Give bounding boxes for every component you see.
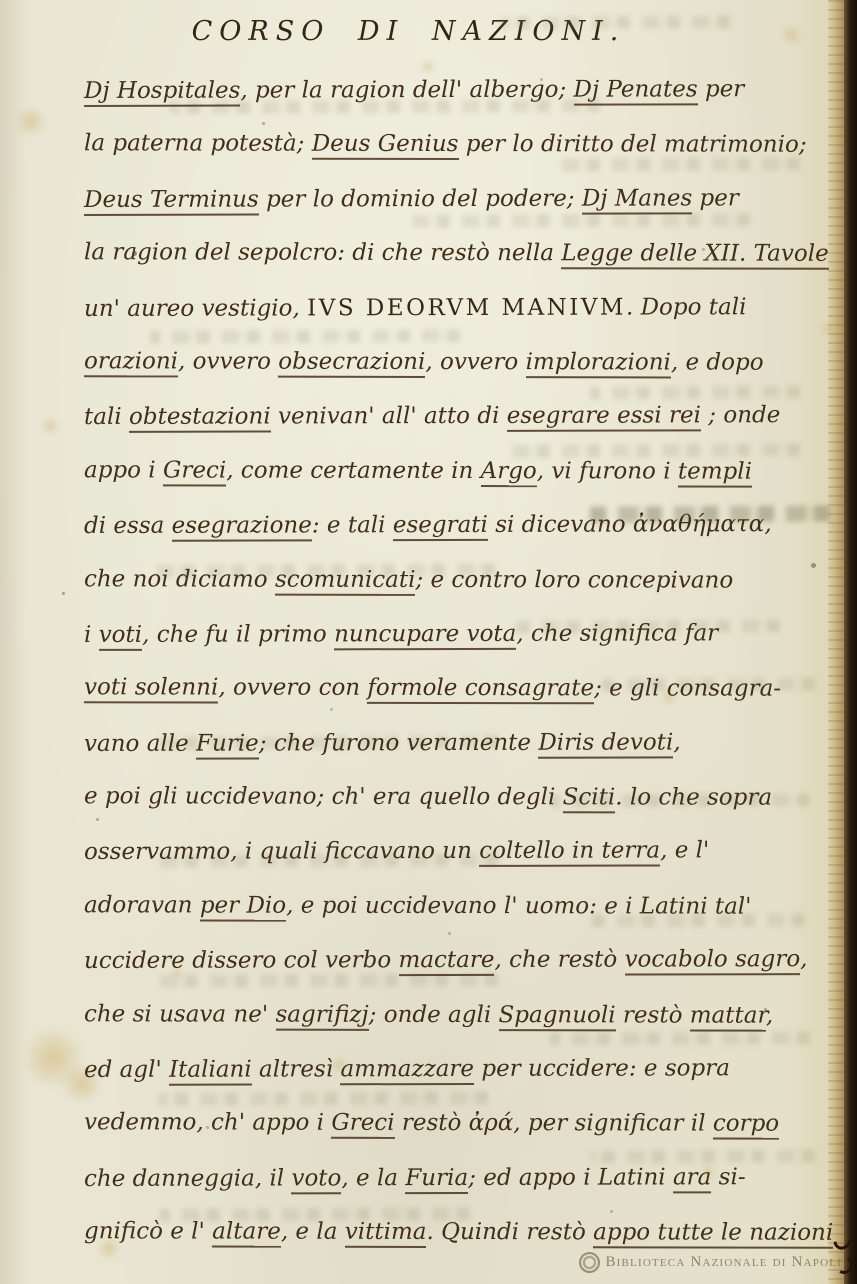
underlined-phrase: scomunicati [275, 566, 416, 595]
manuscript-line-2: la paterna potestà; Deus Genius per lo d… [84, 117, 823, 173]
manuscript-text-segment: ; onde [701, 402, 780, 428]
manuscript-line-13: vano alle Furie; che furono veramente Di… [84, 715, 823, 771]
underlined-phrase: per Dio [200, 892, 286, 921]
manuscript-text-segment: ; e gli consagra- [594, 676, 781, 702]
underlined-phrase: templi [678, 458, 752, 487]
underlined-phrase: vittima [345, 1219, 427, 1248]
manuscript-line-1: Dj Hospitales, per la ragion dell' alber… [84, 62, 823, 118]
manuscript-text-segment: di essa [84, 513, 172, 539]
underlined-phrase: appo tutte le nazioni [593, 1219, 833, 1249]
manuscript-text-segment: che danneggia, il [84, 1165, 292, 1192]
manuscript-text-segment: . Quindi restò [426, 1219, 593, 1245]
manuscript-text-segment: , che significa far [516, 620, 718, 647]
manuscript-text-segment: per lo diritto del matrimonio; [458, 131, 806, 158]
manuscript-line-14: e poi gli uccidevano; ch' era quello deg… [84, 769, 823, 825]
manuscript-text-segment: si dicevano ἀναθήματα, [488, 511, 772, 538]
manuscript-text-segment: vano alle [84, 730, 196, 756]
manuscript-text-segment: , [766, 1002, 773, 1028]
library-watermark-label: Biblioteca Nazionale di Napoli [605, 1254, 842, 1271]
underlined-phrase: coltello in terra [479, 838, 660, 867]
manuscript-text-segment: . lo che sopra [615, 784, 772, 810]
manuscript-line-5: un' aureo vestigio, IVS DEORVM MANIVM. D… [84, 280, 823, 336]
manuscript-text-segment: ; che furono veramente [259, 729, 539, 756]
manuscript-text-segment: restò [616, 1002, 690, 1028]
manuscript-line-9: di essa esegrazione: e tali esegrati si … [84, 497, 823, 553]
manuscript-text-segment: appo i [84, 457, 163, 483]
manuscript-text-segment: uccidere dissero col verbo [84, 947, 399, 974]
ink-specks [0, 0, 3, 3]
underlined-phrase: nuncupare vota [334, 621, 516, 650]
underlined-phrase: obsecrazioni [278, 349, 425, 378]
manuscript-line-12: voti solenni, ovvero con formole consagr… [84, 661, 823, 717]
underlined-phrase: Furie [196, 730, 259, 759]
manuscript-text-segment: che si usava ne' [84, 1001, 276, 1027]
manuscript-text-segment: , come certamente in [226, 457, 480, 484]
manuscript-text-segment: , e la [281, 1219, 345, 1245]
manuscript-text-segment: gnificò e l' [84, 1218, 212, 1244]
manuscript-text-segment: , ovvero [178, 348, 278, 374]
manuscript-line-4: la ragion del sepolcro: di che restò nel… [84, 225, 823, 281]
underlined-phrase: voti [99, 622, 143, 651]
latin-capitals-phrase: IVS DEORVM MANIVM [307, 294, 626, 321]
underlined-phrase: Deus Terminus [84, 186, 259, 215]
underlined-phrase: Dj Manes [582, 185, 692, 214]
underlined-phrase: ammazzare [340, 1056, 474, 1085]
manuscript-line-21: che danneggia, il voto, e la Furia; ed a… [84, 1150, 823, 1206]
underlined-phrase: Italiani [169, 1057, 252, 1086]
manuscript-text-segment: , [800, 946, 807, 972]
library-watermark: Biblioteca Nazionale di Napoli [579, 1252, 842, 1273]
manuscript-text-segment: che noi diciamo [84, 566, 275, 592]
manuscript-text-segment: venivan' all' atto di [271, 403, 507, 430]
underlined-phrase: corpo [713, 1111, 779, 1140]
manuscript-text-segment: vedemmo, ch' appo i [84, 1110, 331, 1137]
manuscript-line-11: i voti, che fu il primo nuncupare vota, … [84, 606, 823, 662]
manuscript-text-segment: ; ed appo i Latini [468, 1164, 673, 1191]
manuscript-line-7: tali obtestazioni venivan' all' atto di … [84, 388, 823, 444]
underlined-phrase: formole consagrate [367, 675, 594, 704]
manuscript-text-segment: un' aureo vestigio, [84, 295, 307, 322]
underlined-phrase: voto [291, 1165, 341, 1194]
manuscript-text-block: Dj Hospitales, per la ragion dell' alber… [84, 63, 823, 1260]
manuscript-text-segment: , e poi uccidevano l' uomo: e i Latini t… [286, 893, 751, 920]
manuscript-text-segment: ; onde agli [369, 1001, 499, 1027]
underlined-phrase: sagrifizj [275, 1001, 368, 1030]
underlined-phrase: Greci [163, 457, 226, 486]
manuscript-text-segment: , e dopo [671, 349, 764, 375]
manuscript-line-19: ed agl' Italiani altresì ammazzare per u… [84, 1041, 823, 1097]
manuscript-text-segment: altresì [252, 1056, 341, 1082]
manuscript-text-segment: i [84, 622, 99, 648]
underlined-phrase: obtestazioni [129, 404, 271, 433]
manuscript-text-segment: , ovvero [425, 349, 525, 375]
book-gutter-shadow [844, 0, 857, 1284]
underlined-phrase: ara [673, 1164, 711, 1193]
manuscript-text-segment: : e tali [312, 512, 393, 538]
underlined-phrase: mattar [690, 1002, 766, 1031]
manuscript-line-15: osservammo, i quali ficcavano un coltell… [84, 824, 823, 880]
verso-bleed-through [500, 15, 730, 29]
underlined-phrase: esegrare essi rei [507, 403, 701, 433]
manuscript-text-segment: per [698, 76, 745, 102]
manuscript-text-segment: restò ἀρά, per significar il [395, 1110, 713, 1137]
manuscript-line-17: uccidere dissero col verbo mactare, che … [84, 932, 823, 988]
underlined-phrase: vocabolo sagro [625, 946, 801, 975]
manuscript-line-8: appo i Greci, come certamente in Argo, v… [84, 443, 823, 499]
manuscript-text-segment: , e la [341, 1165, 405, 1191]
underlined-phrase: Sciti [563, 784, 616, 813]
manuscript-text-segment: , che restò [494, 947, 624, 973]
underlined-phrase: Dj Penates [573, 76, 697, 105]
manuscript-line-16: adoravan per Dio, e poi uccidevano l' uo… [84, 878, 823, 934]
manuscript-line-6: orazioni, ovvero obsecrazioni, ovvero im… [84, 334, 823, 390]
underlined-phrase: Argo [481, 458, 537, 487]
underlined-phrase: esegrazione [172, 512, 312, 541]
foxing-stain [780, 26, 802, 44]
manuscript-text-segment: , vi furono i [537, 458, 678, 484]
underlined-phrase: voti solenni [84, 675, 218, 704]
underlined-phrase: Spagnuoli [498, 1002, 615, 1031]
underlined-phrase: esegrati [393, 512, 488, 541]
manuscript-text-segment: , ovvero con [218, 675, 367, 701]
underlined-phrase: Dj Hospitales [84, 78, 240, 107]
manuscript-text-segment: per [692, 185, 739, 211]
underlined-phrase: implorazioni [526, 349, 671, 378]
manuscript-text-segment: per uccidere: e sopra [474, 1055, 730, 1082]
manuscript-line-18: che si usava ne' sagrifizj; onde agli Sp… [84, 987, 823, 1043]
underlined-phrase: Legge delle XII. Tavole [561, 240, 829, 270]
underlined-phrase: altare [212, 1219, 281, 1248]
underlined-phrase: orazioni [84, 348, 178, 377]
manuscript-text-segment: , e l' [660, 838, 709, 864]
manuscript-text-segment: , [673, 729, 680, 755]
manuscript-line-20: vedemmo, ch' appo i Greci restò ἀρά, per… [84, 1096, 823, 1152]
manuscript-text-segment: tali [84, 404, 129, 430]
manuscript-text-segment: , per la ragion dell' albergo; [240, 77, 573, 104]
underlined-phrase: Diris devoti [538, 729, 673, 758]
manuscript-text-segment: . Dopo tali [626, 294, 747, 320]
manuscript-text-segment: e poi gli uccidevano; ch' era quello deg… [84, 783, 563, 810]
manuscript-text-segment: la ragion del sepolcro: di che restò nel… [84, 239, 561, 266]
manuscript-text-segment: osservammo, i quali ficcavano un [84, 838, 479, 865]
manuscript-text-segment: ed agl' [84, 1057, 169, 1083]
manuscript-text-segment: si- [711, 1164, 745, 1190]
foxing-stain [40, 418, 60, 434]
manuscript-text-segment: ; e contro loro concepivano [415, 566, 733, 593]
underlined-phrase: mactare [398, 947, 494, 976]
manuscript-text-segment: la paterna potestà; [84, 131, 312, 157]
manuscript-line-10: che noi diciamo scomunicati; e contro lo… [84, 552, 823, 608]
manuscript-text-segment: adoravan [84, 892, 200, 918]
underlined-phrase: Deus Genius [312, 131, 459, 160]
library-seal-icon [579, 1252, 600, 1273]
underlined-phrase: Furia [405, 1165, 468, 1194]
underlined-phrase: Greci [331, 1110, 394, 1139]
foxing-stain [14, 108, 48, 135]
manuscript-text-segment: , che fu il primo [142, 621, 334, 648]
manuscript-text-segment: per lo dominio del podere; [259, 185, 582, 212]
manuscript-line-3: Deus Terminus per lo dominio del podere;… [84, 171, 823, 227]
book-page-edge [828, 0, 844, 1284]
